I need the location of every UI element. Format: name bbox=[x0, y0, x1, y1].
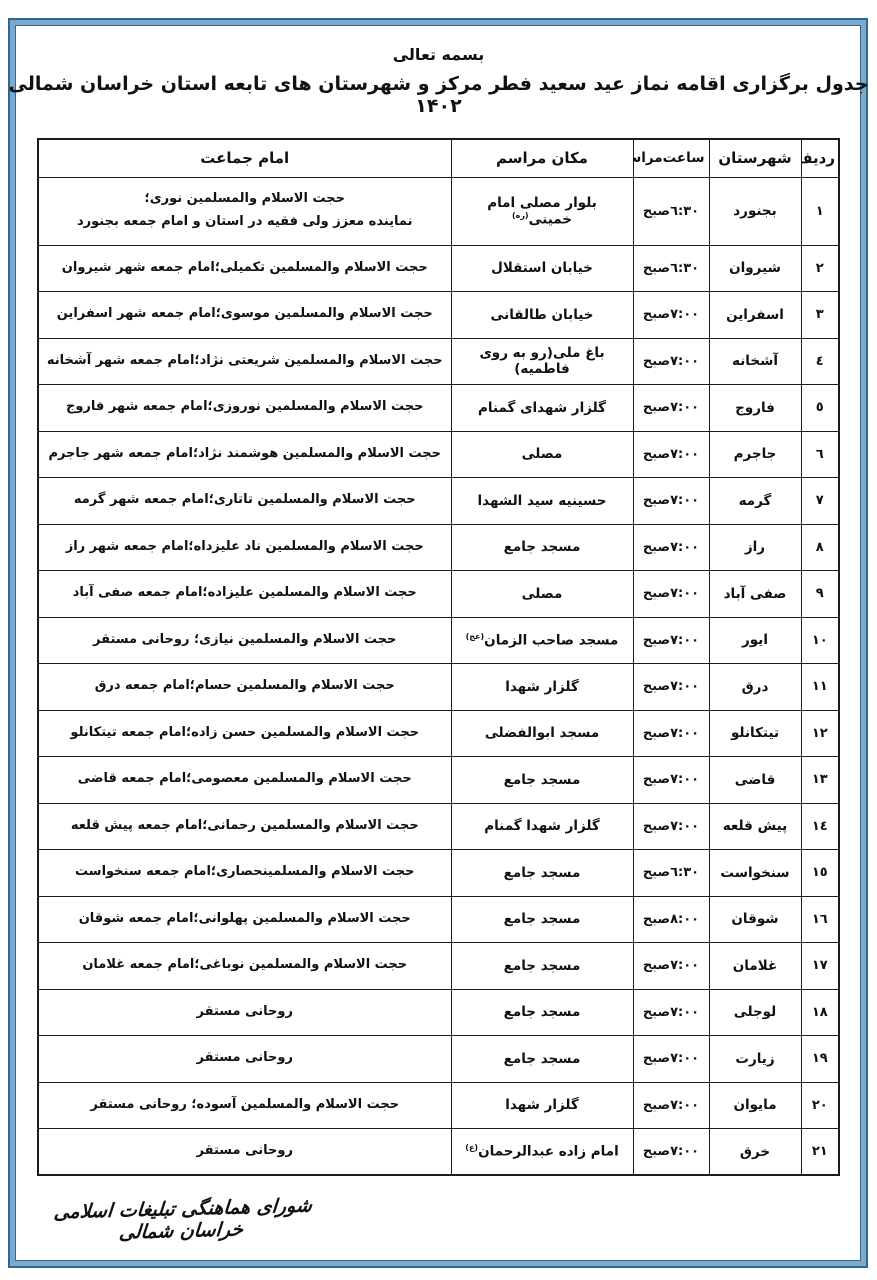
imam-line1: حجت الاسلام والمسلمین هوشمند نژاد؛امام ج… bbox=[43, 443, 447, 466]
location-value: بلوار مصلی امام خمینی bbox=[487, 195, 597, 228]
location-cell: مسجد جامع bbox=[451, 896, 633, 943]
imam-cell: روحانی مستقر bbox=[38, 1036, 451, 1083]
location-value: مسجد جامع bbox=[504, 911, 581, 927]
location-cell: مسجد صاحب الزمان(عج) bbox=[451, 617, 633, 664]
header-row: ردیف شهرستان ساعت‌مراسم مکان مراسم امام … bbox=[38, 139, 839, 177]
imam-cell: حجت الاسلام والمسلمین آسوده؛ روحانی مستق… bbox=[38, 1082, 451, 1129]
time-value: ٧:٠٠صبح bbox=[643, 354, 699, 369]
row-number: ٢١ bbox=[801, 1129, 839, 1176]
table-row: ١٦ شوقان ٨:٠٠صبح مسجد جامع حجت الاسلام و… bbox=[38, 896, 839, 943]
location-value: امام زاده عبدالرحمان bbox=[478, 1144, 619, 1160]
city-cell: قاضی bbox=[709, 757, 801, 804]
imam-line1: حجت الاسلام والمسلمین موسوی؛امام جمعه شه… bbox=[43, 303, 447, 326]
time-cell: ٧:٠٠صبح bbox=[633, 710, 709, 757]
location-cell: مسجد جامع bbox=[451, 1036, 633, 1083]
city-cell: ایور bbox=[709, 617, 801, 664]
row-number: ١٨ bbox=[801, 989, 839, 1036]
location-cell: مصلی bbox=[451, 571, 633, 618]
time-cell: ٦:٣٠صبح bbox=[633, 245, 709, 292]
time-value: ٧:٠٠صبح bbox=[643, 400, 699, 415]
row-number: ١٣ bbox=[801, 757, 839, 804]
location-value: مسجد جامع bbox=[504, 1004, 581, 1020]
imam-cell: حجت الاسلام والمسلمین رحمانی؛امام جمعه پ… bbox=[38, 803, 451, 850]
location-cell: باغ ملی(رو به روی فاطمیه) bbox=[451, 338, 633, 385]
imam-cell: حجت الاسلام والمسلمین علیزاده؛امام جمعه … bbox=[38, 571, 451, 618]
time-cell: ٧:٠٠صبح bbox=[633, 478, 709, 525]
location-cell: مسجد ابوالفضلی bbox=[451, 710, 633, 757]
imam-line1: روحانی مستقر bbox=[43, 1047, 447, 1070]
row-number: ١١ bbox=[801, 664, 839, 711]
imam-cell: حجت الاسلام والمسلمین شریعتی نژاد؛امام ج… bbox=[38, 338, 451, 385]
city-cell: شیروان bbox=[709, 245, 801, 292]
time-cell: ٧:٠٠صبح bbox=[633, 385, 709, 432]
time-cell: ٧:٠٠صبح bbox=[633, 292, 709, 339]
location-value: باغ ملی(رو به روی فاطمیه) bbox=[479, 345, 604, 377]
location-value: مسجد جامع bbox=[504, 772, 581, 788]
time-value: ٧:٠٠صبح bbox=[643, 772, 699, 787]
city-cell: تیتکانلو bbox=[709, 710, 801, 757]
row-number: ١٢ bbox=[801, 710, 839, 757]
location-honorific: (ع) bbox=[465, 1143, 478, 1152]
time-cell: ٧:٠٠صبح bbox=[633, 571, 709, 618]
time-value: ٧:٠٠صبح bbox=[643, 819, 699, 834]
table-row: ١٥ سنخواست ٦:٣٠صبح مسجد جامع حجت الاسلام… bbox=[38, 850, 839, 897]
location-cell: خیابان طالقانی bbox=[451, 292, 633, 339]
location-value: گلزار شهدا گمنام bbox=[484, 818, 600, 834]
time-cell: ٧:٠٠صبح bbox=[633, 431, 709, 478]
imam-cell: حجت الاسلام والمسلمین تکمیلی؛امام جمعه ش… bbox=[38, 245, 451, 292]
row-number: ١٠ bbox=[801, 617, 839, 664]
location-cell: مسجد جامع bbox=[451, 850, 633, 897]
row-number: ١٩ bbox=[801, 1036, 839, 1083]
time-value: ٧:٠٠صبح bbox=[643, 307, 699, 322]
time-value: ٧:٠٠صبح bbox=[643, 958, 699, 973]
imam-cell: حجت الاسلام والمسلمین نیازی؛ روحانی مستق… bbox=[38, 617, 451, 664]
time-cell: ٧:٠٠صبح bbox=[633, 617, 709, 664]
row-number: ٦ bbox=[801, 431, 839, 478]
imam-cell: حجت الاسلام والمسلمینحصاری؛امام جمعه سنخ… bbox=[38, 850, 451, 897]
schedule-rows: ١ بجنورد ٦:٣٠صبح بلوار مصلی امام خمینی(ر… bbox=[38, 177, 839, 1175]
location-honorific: (ره) bbox=[512, 211, 529, 220]
table-row: ١٨ لوجلی ٧:٠٠صبح مسجد جامع روحانی مستقر bbox=[38, 989, 839, 1036]
time-cell: ٦:٣٠صبح bbox=[633, 850, 709, 897]
city-cell: گرمه bbox=[709, 478, 801, 525]
imam-line1: حجت الاسلام والمسلمین آسوده؛ روحانی مستق… bbox=[43, 1094, 447, 1117]
imam-cell: حجت الاسلام والمسلمین موسوی؛امام جمعه شه… bbox=[38, 292, 451, 339]
city-cell: پیش قلعه bbox=[709, 803, 801, 850]
table-row: ١٢ تیتکانلو ٧:٠٠صبح مسجد ابوالفضلی حجت ا… bbox=[38, 710, 839, 757]
location-value: خیابان طالقانی bbox=[490, 307, 593, 323]
row-number: ١٧ bbox=[801, 943, 839, 990]
page-title: جدول برگزاری اقامه نماز عید سعید فطر مرک… bbox=[0, 73, 877, 117]
time-cell: ٧:٠٠صبح bbox=[633, 943, 709, 990]
location-cell: مسجد جامع bbox=[451, 524, 633, 571]
city-cell: اسفراین bbox=[709, 292, 801, 339]
imam-cell: حجت الاسلام والمسلمین معصومی؛امام جمعه ق… bbox=[38, 757, 451, 804]
row-number: ٩ bbox=[801, 571, 839, 618]
bismillah-text: بسمه تعالی bbox=[0, 0, 877, 64]
location-honorific: (عج) bbox=[466, 632, 485, 641]
imam-line1: حجت الاسلام والمسلمین حسن زاده؛امام جمعه… bbox=[43, 722, 447, 745]
time-value: ٧:٠٠صبح bbox=[643, 1051, 699, 1066]
city-cell: جاجرم bbox=[709, 431, 801, 478]
imam-line1: روحانی مستقر bbox=[43, 1001, 447, 1024]
location-value: خیابان استقلال bbox=[491, 260, 593, 276]
table-row: ٧ گرمه ٧:٠٠صبح حسینیه سید الشهدا حجت الا… bbox=[38, 478, 839, 525]
location-cell: مسجد جامع bbox=[451, 757, 633, 804]
table-row: ٢٠ مایوان ٧:٠٠صبح گلزار شهدا حجت الاسلام… bbox=[38, 1082, 839, 1129]
imam-cell: حجت الاسلام والمسلمین نوباغی؛امام جمعه غ… bbox=[38, 943, 451, 990]
imam-line1: حجت الاسلام والمسلمین نوری؛ bbox=[43, 188, 447, 211]
location-cell: مسجد جامع bbox=[451, 943, 633, 990]
col-header-row-number: ردیف bbox=[801, 139, 839, 177]
issuer-signature: شورای هماهنگی تبلیغات اسلامی خراسان شمال… bbox=[40, 1194, 323, 1245]
time-cell: ٦:٣٠صبح bbox=[633, 177, 709, 245]
time-cell: ٧:٠٠صبح bbox=[633, 757, 709, 804]
imam-line1: حجت الاسلام والمسلمین ناد علیزداه؛امام ج… bbox=[43, 536, 447, 559]
col-header-city: شهرستان bbox=[709, 139, 801, 177]
city-cell: فاروج bbox=[709, 385, 801, 432]
time-value: ٧:٠٠صبح bbox=[643, 493, 699, 508]
city-cell: درق bbox=[709, 664, 801, 711]
row-number: ٣ bbox=[801, 292, 839, 339]
row-number: ١ bbox=[801, 177, 839, 245]
table-row: ٩ صفی آباد ٧:٠٠صبح مصلی حجت الاسلام والم… bbox=[38, 571, 839, 618]
table-row: ١٣ قاضی ٧:٠٠صبح مسجد جامع حجت الاسلام وا… bbox=[38, 757, 839, 804]
imam-line1: حجت الاسلام والمسلمین شریعتی نژاد؛امام ج… bbox=[43, 350, 447, 373]
imam-line1: حجت الاسلام والمسلمین تاتاری؛امام جمعه ش… bbox=[43, 489, 447, 512]
location-cell: حسینیه سید الشهدا bbox=[451, 478, 633, 525]
table-row: ٥ فاروج ٧:٠٠صبح گلزار شهدای گمنام حجت ال… bbox=[38, 385, 839, 432]
row-number: ٢٠ bbox=[801, 1082, 839, 1129]
row-number: ١٦ bbox=[801, 896, 839, 943]
imam-cell: روحانی مستقر bbox=[38, 989, 451, 1036]
col-header-time: ساعت‌مراسم bbox=[633, 139, 709, 177]
table-row: ٦ جاجرم ٧:٠٠صبح مصلی حجت الاسلام والمسلم… bbox=[38, 431, 839, 478]
time-value: ٧:٠٠صبح bbox=[643, 633, 699, 648]
location-value: حسینیه سید الشهدا bbox=[478, 493, 607, 509]
city-cell: آشخانه bbox=[709, 338, 801, 385]
imam-cell: حجت الاسلام والمسلمین ناد علیزداه؛امام ج… bbox=[38, 524, 451, 571]
imam-cell: حجت الاسلام والمسلمین پهلوانی؛امام جمعه … bbox=[38, 896, 451, 943]
row-number: ٧ bbox=[801, 478, 839, 525]
city-cell: صفی آباد bbox=[709, 571, 801, 618]
imam-line1: روحانی مستقر bbox=[43, 1140, 447, 1163]
row-number: ٨ bbox=[801, 524, 839, 571]
table-row: ١ بجنورد ٦:٣٠صبح بلوار مصلی امام خمینی(ر… bbox=[38, 177, 839, 245]
imam-cell: حجت الاسلام والمسلمین هوشمند نژاد؛امام ج… bbox=[38, 431, 451, 478]
location-cell: گلزار شهدا bbox=[451, 1082, 633, 1129]
location-cell: گلزار شهدا گمنام bbox=[451, 803, 633, 850]
location-cell: بلوار مصلی امام خمینی(ره) bbox=[451, 177, 633, 245]
city-cell: خرق bbox=[709, 1129, 801, 1176]
city-cell: مایوان bbox=[709, 1082, 801, 1129]
table-row: ١٠ ایور ٧:٠٠صبح مسجد صاحب الزمان(عج) حجت… bbox=[38, 617, 839, 664]
time-value: ٦:٣٠صبح bbox=[643, 261, 699, 276]
city-cell: غلامان bbox=[709, 943, 801, 990]
location-cell: امام زاده عبدالرحمان(ع) bbox=[451, 1129, 633, 1176]
prayer-schedule-table: ردیف شهرستان ساعت‌مراسم مکان مراسم امام … bbox=[37, 138, 840, 1176]
imam-cell: حجت الاسلام والمسلمین نوروزی؛امام جمعه ش… bbox=[38, 385, 451, 432]
time-value: ٧:٠٠صبح bbox=[643, 540, 699, 555]
table-row: ٢ شیروان ٦:٣٠صبح خیابان استقلال حجت الاس… bbox=[38, 245, 839, 292]
table-row: ١٧ غلامان ٧:٠٠صبح مسجد جامع حجت الاسلام … bbox=[38, 943, 839, 990]
table-row: ١٤ پیش قلعه ٧:٠٠صبح گلزار شهدا گمنام حجت… bbox=[38, 803, 839, 850]
document: بسمه تعالی جدول برگزاری اقامه نماز عید س… bbox=[0, 0, 877, 1176]
city-cell: لوجلی bbox=[709, 989, 801, 1036]
time-cell: ٧:٠٠صبح bbox=[633, 664, 709, 711]
row-number: ٥ bbox=[801, 385, 839, 432]
time-value: ٧:٠٠صبح bbox=[643, 586, 699, 601]
location-value: مسجد جامع bbox=[504, 958, 581, 974]
imam-line1: حجت الاسلام والمسلمین حسام؛امام جمعه درق bbox=[43, 675, 447, 698]
time-value: ٦:٣٠صبح bbox=[643, 865, 699, 880]
time-cell: ٧:٠٠صبح bbox=[633, 1129, 709, 1176]
city-cell: سنخواست bbox=[709, 850, 801, 897]
table-row: ٢١ خرق ٧:٠٠صبح امام زاده عبدالرحمان(ع) ر… bbox=[38, 1129, 839, 1176]
location-value: مسجد جامع bbox=[504, 865, 581, 881]
city-cell: بجنورد bbox=[709, 177, 801, 245]
city-cell: شوقان bbox=[709, 896, 801, 943]
imam-line1: حجت الاسلام والمسلمین پهلوانی؛امام جمعه … bbox=[43, 908, 447, 931]
imam-line2: نماینده معزز ولی فقیه در استان و امام جم… bbox=[43, 211, 447, 234]
imam-cell: روحانی مستقر bbox=[38, 1129, 451, 1176]
table-row: ٤ آشخانه ٧:٠٠صبح باغ ملی(رو به روی فاطمی… bbox=[38, 338, 839, 385]
imam-line1: حجت الاسلام والمسلمین نیازی؛ روحانی مستق… bbox=[43, 629, 447, 652]
location-value: گلزار شهدا bbox=[505, 679, 578, 695]
location-value: مسجد جامع bbox=[504, 1051, 581, 1067]
imam-cell: حجت الاسلام والمسلمین حسام؛امام جمعه درق bbox=[38, 664, 451, 711]
time-value: ٨:٠٠صبح bbox=[643, 912, 699, 927]
imam-line1: حجت الاسلام والمسلمین نوباغی؛امام جمعه غ… bbox=[43, 954, 447, 977]
imam-line1: حجت الاسلام والمسلمین رحمانی؛امام جمعه پ… bbox=[43, 815, 447, 838]
imam-line1: حجت الاسلام والمسلمینحصاری؛امام جمعه سنخ… bbox=[43, 861, 447, 884]
row-number: ١٤ bbox=[801, 803, 839, 850]
location-cell: مسجد جامع bbox=[451, 989, 633, 1036]
imam-line1: حجت الاسلام والمسلمین علیزاده؛امام جمعه … bbox=[43, 582, 447, 605]
imam-cell: حجت الاسلام والمسلمین تاتاری؛امام جمعه ش… bbox=[38, 478, 451, 525]
location-cell: خیابان استقلال bbox=[451, 245, 633, 292]
location-cell: گلزار شهدای گمنام bbox=[451, 385, 633, 432]
row-number: ٤ bbox=[801, 338, 839, 385]
time-cell: ٧:٠٠صبح bbox=[633, 1082, 709, 1129]
time-value: ٧:٠٠صبح bbox=[643, 1005, 699, 1020]
location-value: گلزار شهدای گمنام bbox=[478, 400, 606, 416]
imam-cell: حجت الاسلام والمسلمین نوری؛ نماینده معزز… bbox=[38, 177, 451, 245]
location-cell: مصلی bbox=[451, 431, 633, 478]
time-value: ٦:٣٠صبح bbox=[643, 204, 699, 219]
time-value: ٧:٠٠صبح bbox=[643, 679, 699, 694]
location-value: مسجد ابوالفضلی bbox=[485, 725, 599, 741]
time-cell: ٨:٠٠صبح bbox=[633, 896, 709, 943]
location-value: مسجد جامع bbox=[504, 539, 581, 555]
location-value: مسجد صاحب الزمان bbox=[484, 633, 618, 649]
time-value: ٧:٠٠صبح bbox=[643, 1144, 699, 1159]
location-value: گلزار شهدا bbox=[505, 1097, 578, 1113]
row-number: ١٥ bbox=[801, 850, 839, 897]
city-cell: زیارت bbox=[709, 1036, 801, 1083]
location-value: مصلی bbox=[522, 446, 563, 462]
location-cell: گلزار شهدا bbox=[451, 664, 633, 711]
table-row: ٨ راز ٧:٠٠صبح مسجد جامع حجت الاسلام والم… bbox=[38, 524, 839, 571]
time-value: ٧:٠٠صبح bbox=[643, 1098, 699, 1113]
time-value: ٧:٠٠صبح bbox=[643, 726, 699, 741]
time-cell: ٧:٠٠صبح bbox=[633, 524, 709, 571]
time-cell: ٧:٠٠صبح bbox=[633, 338, 709, 385]
time-cell: ٧:٠٠صبح bbox=[633, 989, 709, 1036]
time-cell: ٧:٠٠صبح bbox=[633, 803, 709, 850]
table-row: ٣ اسفراین ٧:٠٠صبح خیابان طالقانی حجت الا… bbox=[38, 292, 839, 339]
table-row: ١٩ زیارت ٧:٠٠صبح مسجد جامع روحانی مستقر bbox=[38, 1036, 839, 1083]
col-header-imam: امام جماعت bbox=[38, 139, 451, 177]
city-cell: راز bbox=[709, 524, 801, 571]
imam-line1: حجت الاسلام والمسلمین معصومی؛امام جمعه ق… bbox=[43, 768, 447, 791]
time-cell: ٧:٠٠صبح bbox=[633, 1036, 709, 1083]
time-value: ٧:٠٠صبح bbox=[643, 447, 699, 462]
location-value: مصلی bbox=[522, 586, 563, 602]
imam-cell: حجت الاسلام والمسلمین حسن زاده؛امام جمعه… bbox=[38, 710, 451, 757]
imam-line1: حجت الاسلام والمسلمین نوروزی؛امام جمعه ش… bbox=[43, 396, 447, 419]
row-number: ٢ bbox=[801, 245, 839, 292]
imam-line1: حجت الاسلام والمسلمین تکمیلی؛امام جمعه ش… bbox=[43, 257, 447, 280]
table-row: ١١ درق ٧:٠٠صبح گلزار شهدا حجت الاسلام وا… bbox=[38, 664, 839, 711]
col-header-location: مکان مراسم bbox=[451, 139, 633, 177]
